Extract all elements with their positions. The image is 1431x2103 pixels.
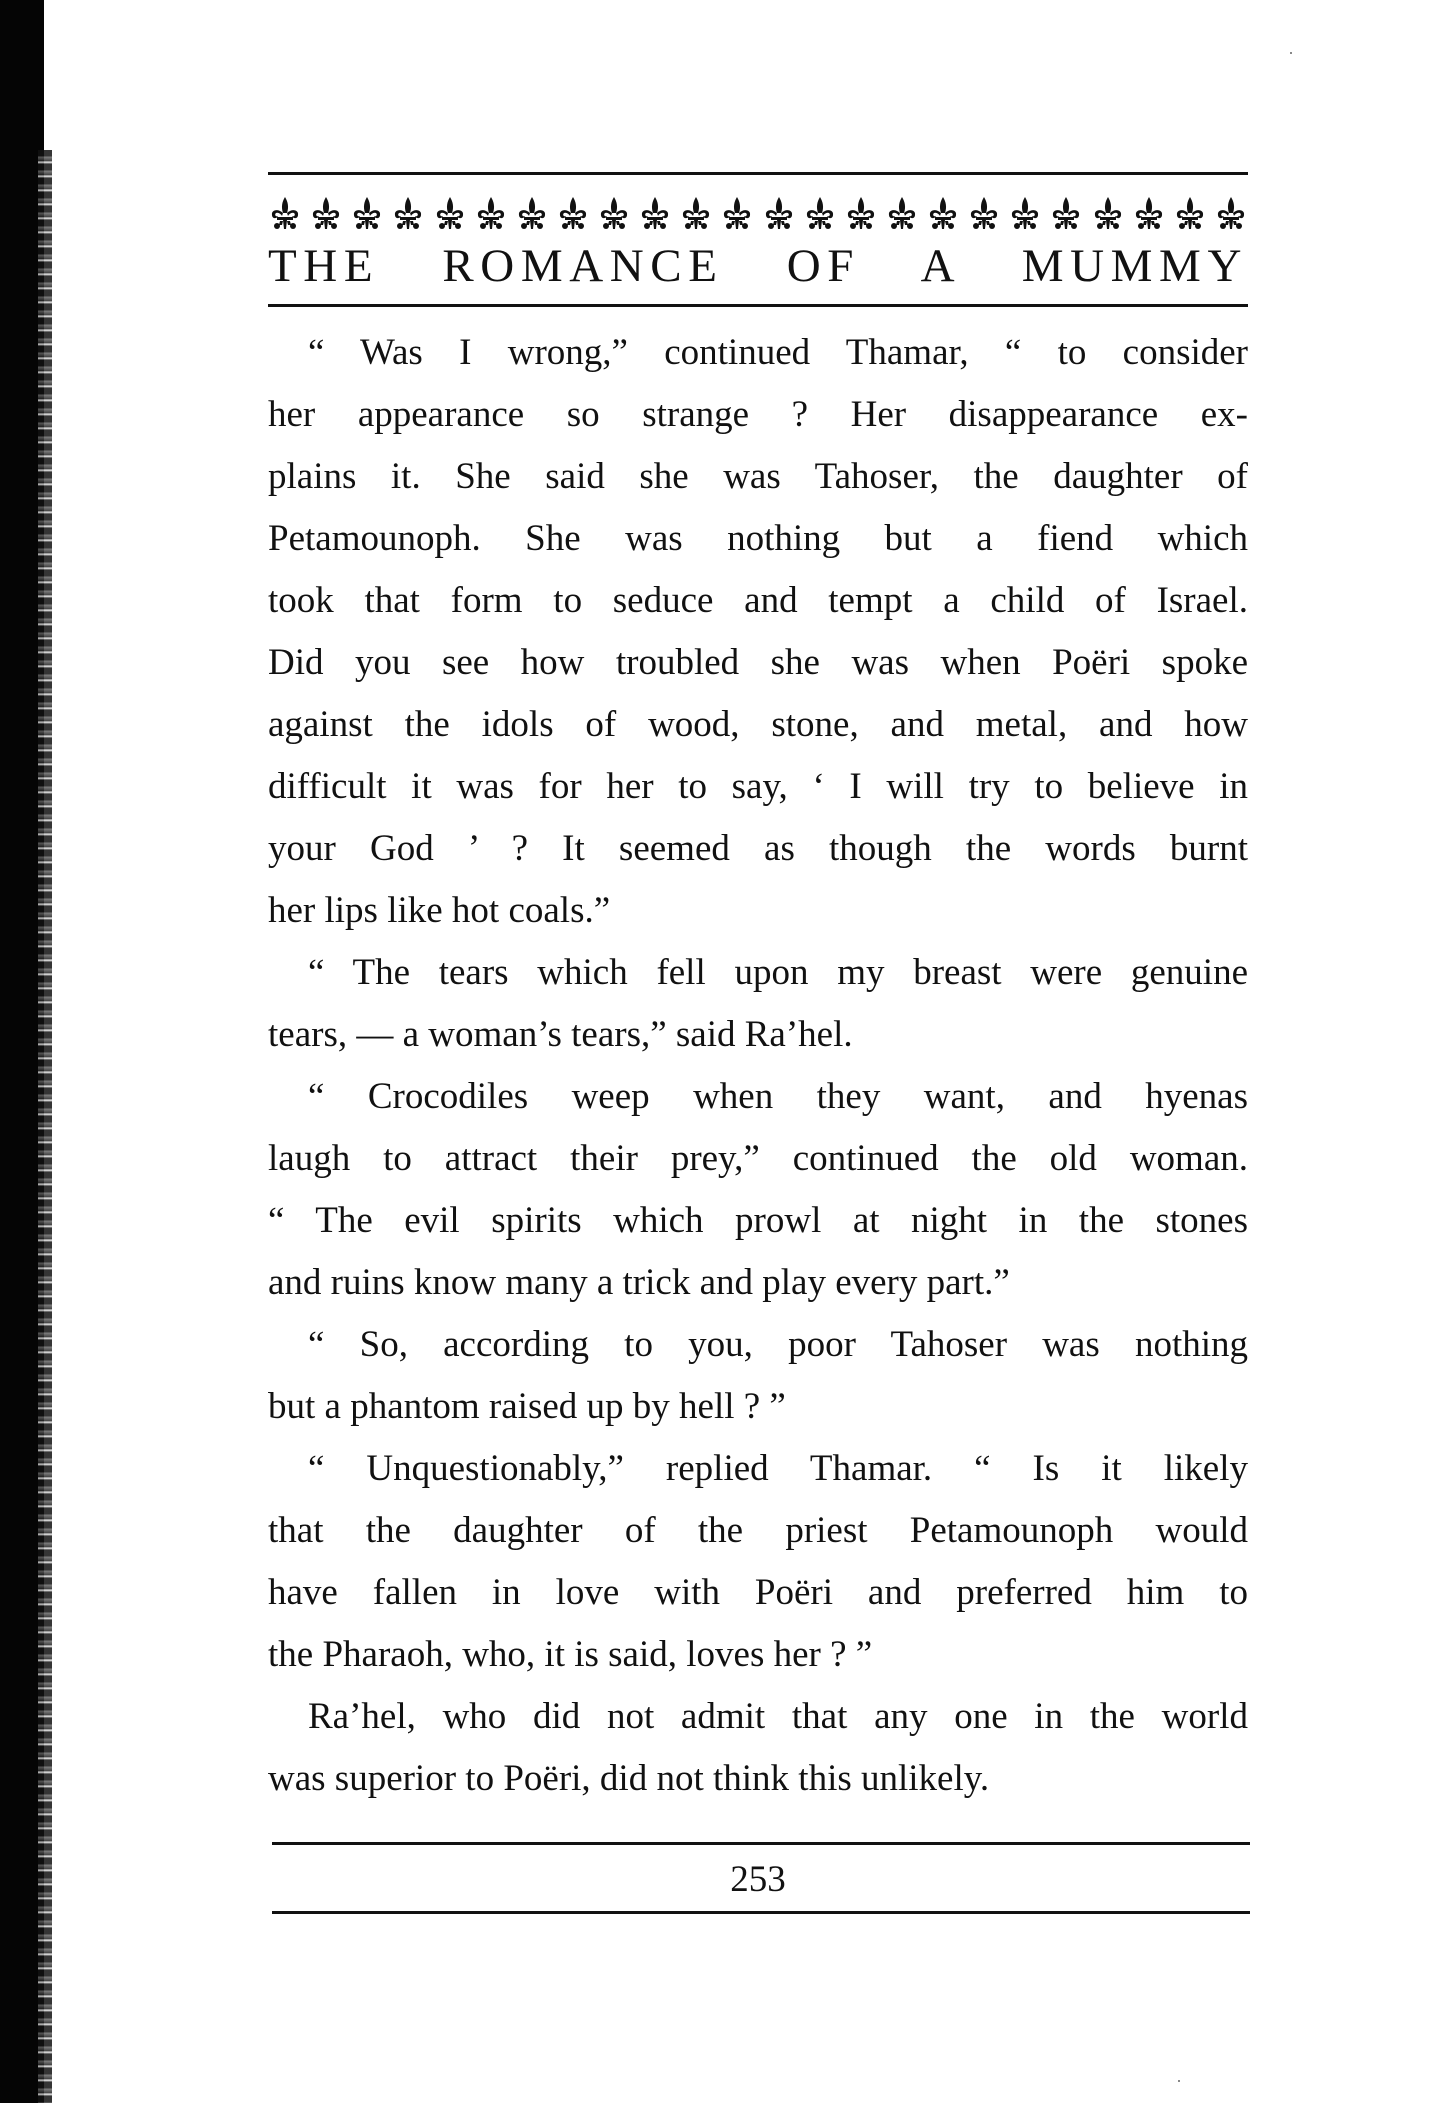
text-line: laugh to attract their prey,” continued … [268, 1128, 1248, 1190]
fleur-de-lis-icon [268, 196, 302, 232]
fleur-de-lis-ornament-row [268, 196, 1248, 232]
text-line: “ Was I wrong,” continued Thamar, “ to c… [268, 322, 1248, 384]
scan-speck [1290, 52, 1292, 54]
text-line: took that form to seduce and tempt a chi… [268, 570, 1248, 632]
text-line: “ So, according to you, poor Tahoser was… [268, 1314, 1248, 1376]
text-line: plains it. She said she was Tahoser, the… [268, 446, 1248, 508]
fleur-de-lis-icon [803, 196, 837, 232]
fleur-de-lis-icon [1049, 196, 1083, 232]
header-bottom-rule [268, 304, 1248, 307]
text-line: Petamounoph. She was nothing but a fiend… [268, 508, 1248, 570]
text-line: and ruins know many a trick and play eve… [268, 1252, 1248, 1314]
fleur-de-lis-icon [515, 196, 549, 232]
text-line: the Pharaoh, who, it is said, loves her … [268, 1624, 1248, 1686]
text-line: Did you see how troubled she was when Po… [268, 632, 1248, 694]
scan-speck [1178, 2080, 1180, 2082]
fleur-de-lis-icon [474, 196, 508, 232]
fleur-de-lis-icon [433, 196, 467, 232]
fleur-de-lis-icon [926, 196, 960, 232]
fleur-de-lis-icon [1091, 196, 1125, 232]
text-line: her appearance so strange ? Her disappea… [268, 384, 1248, 446]
text-line: tears, — a woman’s tears,” said Ra’hel. [268, 1004, 1248, 1066]
text-line: have fallen in love with Poëri and prefe… [268, 1562, 1248, 1624]
page-number: 253 [268, 1852, 1248, 1908]
fleur-de-lis-icon [762, 196, 796, 232]
header-top-rule [268, 172, 1248, 175]
text-line: her lips like hot coals.” [268, 880, 1248, 942]
text-line: was superior to Poëri, did not think thi… [268, 1748, 1248, 1810]
text-line: “ Unquestionably,” replied Thamar. “ Is … [268, 1438, 1248, 1500]
footer-bottom-rule [272, 1911, 1250, 1914]
running-head: THE ROMANCE OF A MUMMY [268, 238, 1248, 294]
fleur-de-lis-icon [391, 196, 425, 232]
page-gutter-edge [38, 150, 52, 2103]
fleur-de-lis-icon [1214, 196, 1248, 232]
text-line: “ Crocodiles weep when they want, and hy… [268, 1066, 1248, 1128]
text-line: Ra’hel, who did not admit that any one i… [268, 1686, 1248, 1748]
fleur-de-lis-icon [309, 196, 343, 232]
fleur-de-lis-icon [967, 196, 1001, 232]
fleur-de-lis-icon [844, 196, 878, 232]
text-line: “ The evil spirits which prowl at night … [268, 1190, 1248, 1252]
text-line: “ The tears which fell upon my breast we… [268, 942, 1248, 1004]
text-line: that the daughter of the priest Petamoun… [268, 1500, 1248, 1562]
fleur-de-lis-icon [679, 196, 713, 232]
fleur-de-lis-icon [350, 196, 384, 232]
fleur-de-lis-icon [720, 196, 754, 232]
fleur-de-lis-icon [1173, 196, 1207, 232]
text-line: but a phantom raised up by hell ? ” [268, 1376, 1248, 1438]
text-line: against the idols of wood, stone, and me… [268, 694, 1248, 756]
body-text: “ Was I wrong,” continued Thamar, “ to c… [268, 322, 1248, 1810]
text-line: difficult it was for her to say, ‘ I wil… [268, 756, 1248, 818]
fleur-de-lis-icon [1008, 196, 1042, 232]
fleur-de-lis-icon [1132, 196, 1166, 232]
fleur-de-lis-icon [638, 196, 672, 232]
fleur-de-lis-icon [597, 196, 631, 232]
footer-top-rule [272, 1842, 1250, 1845]
fleur-de-lis-icon [556, 196, 590, 232]
text-line: your God ’ ? It seemed as though the wor… [268, 818, 1248, 880]
fleur-de-lis-icon [885, 196, 919, 232]
